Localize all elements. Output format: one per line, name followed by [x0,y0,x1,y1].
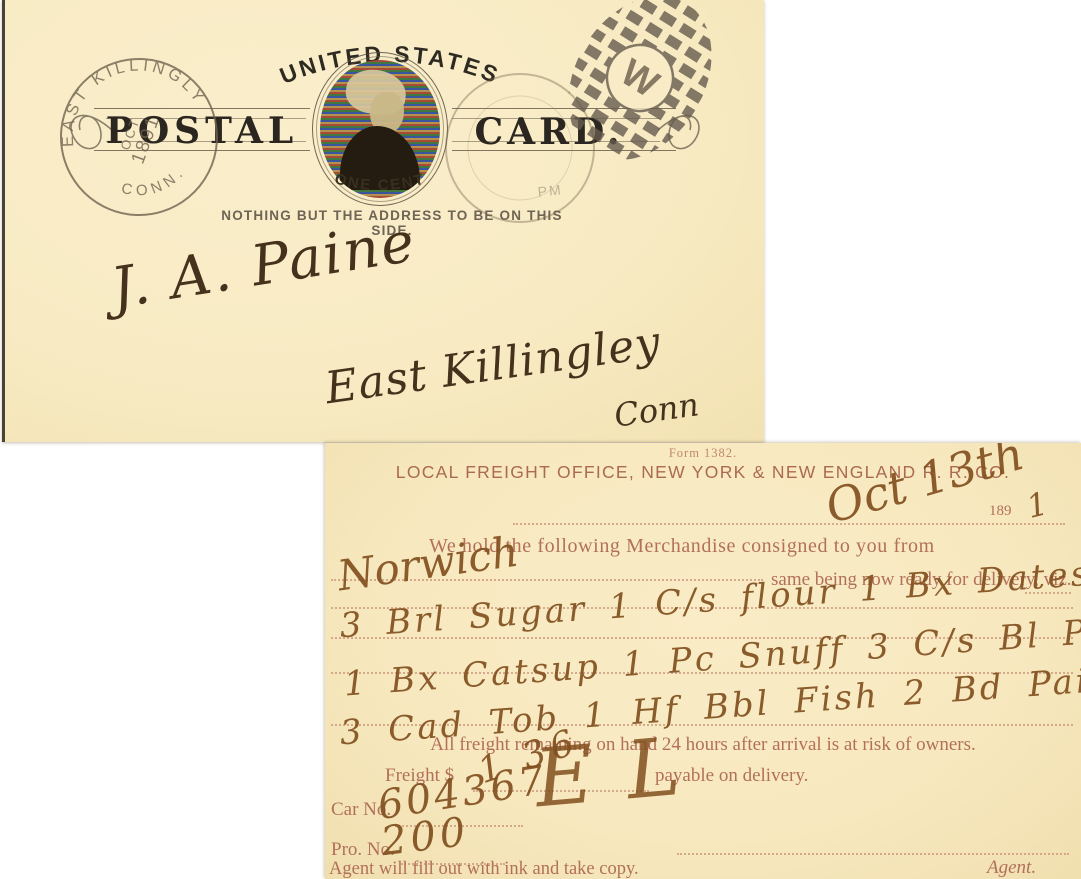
killer-cancel-group: W [550,0,730,176]
printed-year-prefix: 189 [989,503,1012,520]
freight-form-card: Form 1382. LOCAL FREIGHT OFFICE, NEW YOR… [325,443,1081,879]
scanned-postal-card-image: UNITED STATES POSTAL CARD. [0,0,1081,879]
handwritten-state: Conn [612,388,701,432]
one-cent-text: ONE CENT [333,170,427,194]
handwritten-initials-flourish: E L [532,727,687,820]
scan-edge-strip [2,0,5,442]
agent-instruction-text: Agent will fill out with ink and take co… [329,859,639,879]
handwritten-origin: Norwich [335,531,521,598]
agent-signature-line [677,853,1069,855]
handwritten-pro-number: 200 [379,812,472,862]
receiving-mark-pm-text: PM [537,181,564,200]
agent-signature-label: Agent. [987,857,1036,879]
date-dotted-line [513,523,1065,525]
postmark-date-group: OCT 1891 [114,108,164,167]
postal-card-front: UNITED STATES POSTAL CARD. [2,0,764,442]
postmark-state-text: CONN. [115,160,193,208]
killer-cancel-w: W [550,0,730,176]
handwritten-year-digit: 1 [1023,487,1050,523]
